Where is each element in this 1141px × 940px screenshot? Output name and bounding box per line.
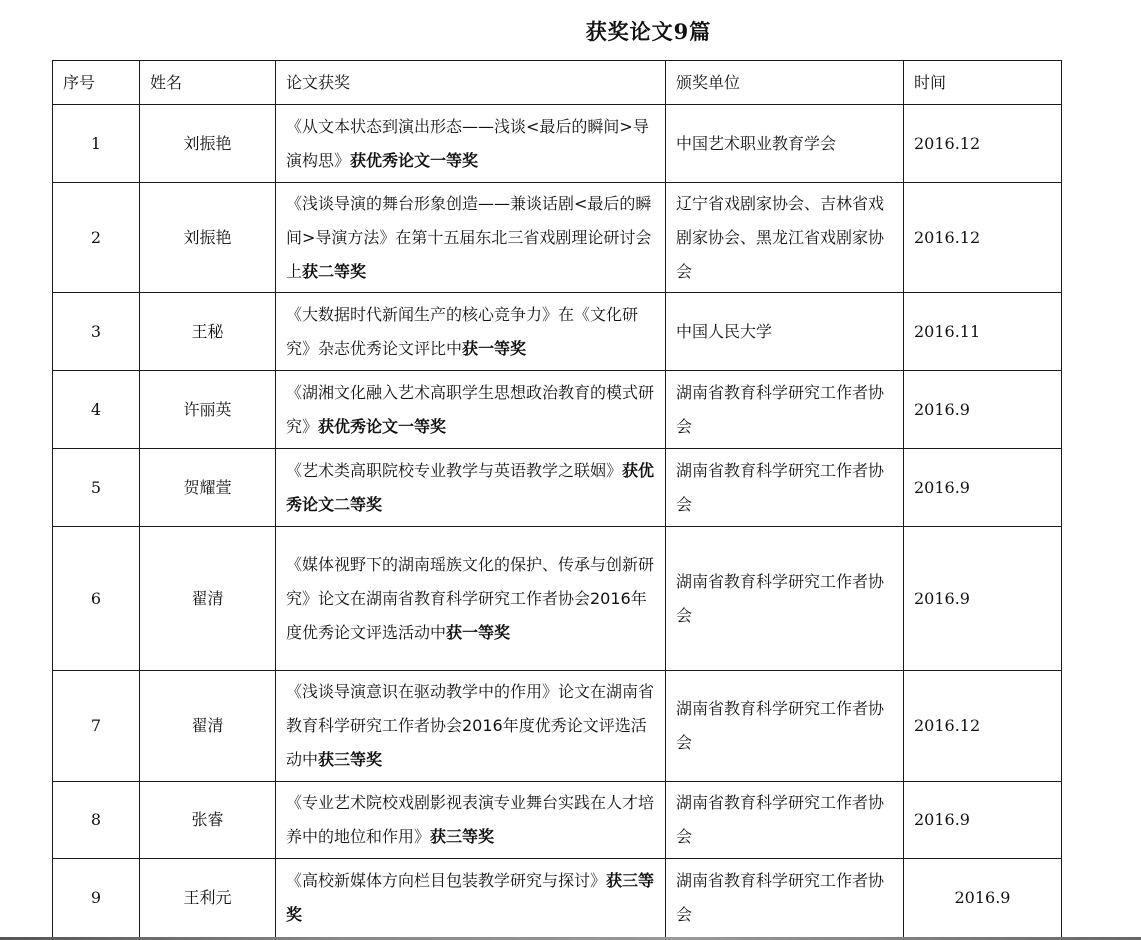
table-row: 9 王利元 《高校新媒体方向栏目包装教学研究与探讨》获三等奖 湖南省教育科学研究… bbox=[53, 859, 1062, 938]
cell-award: 《艺术类高职院校专业教学与英语教学之联姻》获优秀论文二等奖 bbox=[276, 449, 666, 527]
cell-seq: 5 bbox=[53, 449, 140, 527]
table-row: 1 刘振艳 《从文本状态到演出形态——浅谈<最后的瞬间>导演构思》获优秀论文一等… bbox=[53, 105, 1062, 183]
cell-issuer: 中国艺术职业教育学会 bbox=[666, 105, 904, 183]
cell-issuer: 湖南省教育科学研究工作者协会 bbox=[666, 527, 904, 671]
cell-award: 《高校新媒体方向栏目包装教学研究与探讨》获三等奖 bbox=[276, 859, 666, 938]
cell-time: 2016.12 bbox=[904, 105, 1062, 183]
table-row: 6 翟清 《媒体视野下的湖南瑶族文化的保护、传承与创新研究》论文在湖南省教育科学… bbox=[53, 527, 1062, 671]
cell-time: 2016.9 bbox=[904, 527, 1062, 671]
table-row: 2 刘振艳 《浅谈导演的舞台形象创造——兼谈话剧<最后的瞬间>导演方法》在第十五… bbox=[53, 183, 1062, 293]
cell-name: 贺耀萱 bbox=[140, 449, 276, 527]
cell-issuer: 湖南省教育科学研究工作者协会 bbox=[666, 859, 904, 938]
cell-name: 许丽英 bbox=[140, 371, 276, 449]
cell-seq: 9 bbox=[53, 859, 140, 938]
cell-time: 2016.9 bbox=[904, 449, 1062, 527]
cell-seq: 8 bbox=[53, 782, 140, 859]
cell-seq: 4 bbox=[53, 371, 140, 449]
header-name: 姓名 bbox=[140, 61, 276, 105]
cell-seq: 2 bbox=[53, 183, 140, 293]
cell-seq: 3 bbox=[53, 293, 140, 371]
cell-name: 翟清 bbox=[140, 527, 276, 671]
award-result: 获二等奖 bbox=[302, 262, 366, 281]
cell-issuer: 湖南省教育科学研究工作者协会 bbox=[666, 782, 904, 859]
cell-award: 《浅谈导演意识在驱动教学中的作用》论文在湖南省教育科学研究工作者协会2016年度… bbox=[276, 671, 666, 782]
cell-award: 《专业艺术院校戏剧影视表演专业舞台实践在人才培养中的地位和作用》获三等奖 bbox=[276, 782, 666, 859]
award-result: 获优秀论文一等奖 bbox=[318, 417, 446, 436]
cell-seq: 1 bbox=[53, 105, 140, 183]
cell-name: 刘振艳 bbox=[140, 105, 276, 183]
cell-name: 王利元 bbox=[140, 859, 276, 938]
table-header-row: 序号 姓名 论文获奖 颁奖单位 时间 bbox=[53, 61, 1062, 105]
cell-time: 2016.12 bbox=[904, 671, 1062, 782]
header-seq: 序号 bbox=[53, 61, 140, 105]
cell-award: 《从文本状态到演出形态——浅谈<最后的瞬间>导演构思》获优秀论文一等奖 bbox=[276, 105, 666, 183]
cell-issuer: 湖南省教育科学研究工作者协会 bbox=[666, 449, 904, 527]
table-row: 8 张睿 《专业艺术院校戏剧影视表演专业舞台实践在人才培养中的地位和作用》获三等… bbox=[53, 782, 1062, 859]
cell-issuer: 湖南省教育科学研究工作者协会 bbox=[666, 371, 904, 449]
cell-time: 2016.11 bbox=[904, 293, 1062, 371]
award-result: 获三等奖 bbox=[430, 827, 494, 846]
award-result: 获优秀论文一等奖 bbox=[350, 151, 478, 170]
award-result: 获三等奖 bbox=[318, 750, 382, 769]
cell-issuer: 辽宁省戏剧家协会、吉林省戏剧家协会、黑龙江省戏剧家协会 bbox=[666, 183, 904, 293]
cell-time: 2016.9 bbox=[904, 371, 1062, 449]
cell-time: 2016.9 bbox=[904, 859, 1062, 938]
cell-award: 《湖湘文化融入艺术高职学生思想政治教育的模式研究》获优秀论文一等奖 bbox=[276, 371, 666, 449]
cell-award: 《媒体视野下的湖南瑶族文化的保护、传承与创新研究》论文在湖南省教育科学研究工作者… bbox=[276, 527, 666, 671]
document-title: 获奖论文9篇 bbox=[0, 16, 1141, 48]
award-text: 《高校新媒体方向栏目包装教学研究与探讨》 bbox=[286, 871, 606, 890]
cell-award: 《大数据时代新闻生产的核心竞争力》在《文化研究》杂志优秀论文评比中获一等奖 bbox=[276, 293, 666, 371]
table-row: 4 许丽英 《湖湘文化融入艺术高职学生思想政治教育的模式研究》获优秀论文一等奖 … bbox=[53, 371, 1062, 449]
cell-time: 2016.12 bbox=[904, 183, 1062, 293]
header-issuer: 颁奖单位 bbox=[666, 61, 904, 105]
cell-name: 王秘 bbox=[140, 293, 276, 371]
cell-time: 2016.9 bbox=[904, 782, 1062, 859]
awards-table: 序号 姓名 论文获奖 颁奖单位 时间 1 刘振艳 《从文本状态到演出形态——浅谈… bbox=[52, 60, 1062, 938]
cell-name: 刘振艳 bbox=[140, 183, 276, 293]
table-row: 5 贺耀萱 《艺术类高职院校专业教学与英语教学之联姻》获优秀论文二等奖 湖南省教… bbox=[53, 449, 1062, 527]
table-row: 3 王秘 《大数据时代新闻生产的核心竞争力》在《文化研究》杂志优秀论文评比中获一… bbox=[53, 293, 1062, 371]
cell-name: 张睿 bbox=[140, 782, 276, 859]
award-result: 获一等奖 bbox=[462, 339, 526, 358]
award-text: 《艺术类高职院校专业教学与英语教学之联姻》 bbox=[286, 461, 622, 480]
cell-seq: 7 bbox=[53, 671, 140, 782]
award-result: 获一等奖 bbox=[446, 623, 510, 642]
table-row: 7 翟清 《浅谈导演意识在驱动教学中的作用》论文在湖南省教育科学研究工作者协会2… bbox=[53, 671, 1062, 782]
header-award: 论文获奖 bbox=[276, 61, 666, 105]
cell-award: 《浅谈导演的舞台形象创造——兼谈话剧<最后的瞬间>导演方法》在第十五届东北三省戏… bbox=[276, 183, 666, 293]
cell-issuer: 湖南省教育科学研究工作者协会 bbox=[666, 671, 904, 782]
cell-name: 翟清 bbox=[140, 671, 276, 782]
header-time: 时间 bbox=[904, 61, 1062, 105]
cell-issuer: 中国人民大学 bbox=[666, 293, 904, 371]
cell-seq: 6 bbox=[53, 527, 140, 671]
